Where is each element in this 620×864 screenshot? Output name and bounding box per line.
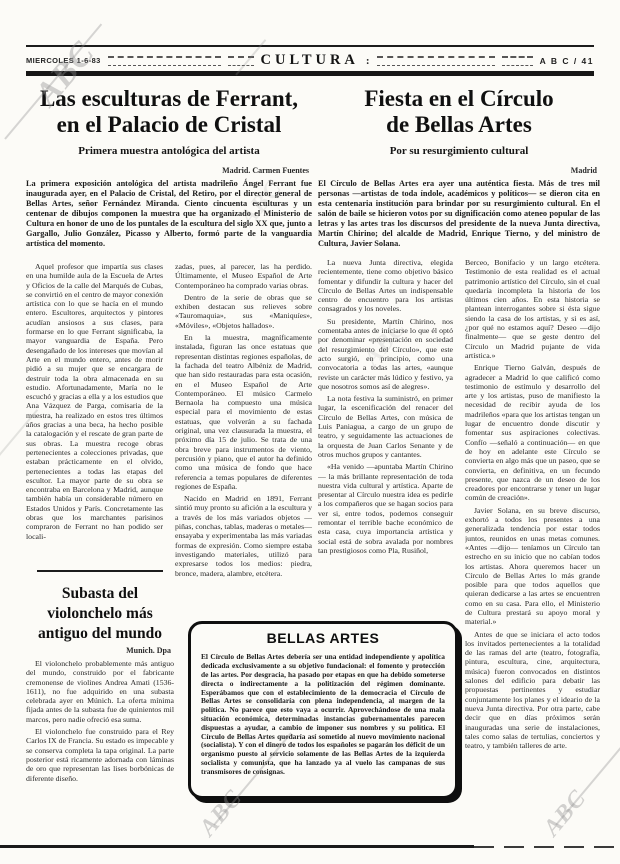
dashed-rule bbox=[502, 56, 533, 66]
page-number: A B C / 41 bbox=[540, 56, 594, 66]
ferrant-headline-line1: Las esculturas de Ferrant, bbox=[26, 86, 312, 112]
editorial-box-title: BELLAS ARTES bbox=[201, 630, 445, 646]
ferrant-column-1: Aquel profesor que impartía sus clases e… bbox=[26, 262, 163, 566]
article-divider-rule bbox=[37, 570, 163, 572]
paragraph: Dentro de la serie de obras que se exhib… bbox=[175, 293, 312, 330]
paragraph: Aquel profesor que impartía sus clases e… bbox=[26, 262, 163, 541]
ferrant-column-2: zadas, pues, al parecer, las ha perdido.… bbox=[175, 262, 312, 614]
masthead: MIERCOLES 1-6-83 CULTURA : A B C / 41 bbox=[26, 45, 594, 69]
dashed-rule bbox=[108, 56, 221, 66]
ferrant-headline: Las esculturas de Ferrant, en el Palacio… bbox=[26, 86, 312, 138]
article-ferrant-header: Las esculturas de Ferrant, en el Palacio… bbox=[26, 86, 312, 257]
paragraph: Nacido en Madrid en 1891, Ferrant sintió… bbox=[175, 494, 312, 578]
paragraph: Antes de que se iniciara el acto todos l… bbox=[465, 630, 600, 751]
fiesta-headline-line2: de Bellas Artes bbox=[318, 112, 600, 138]
fiesta-headline-line1: Fiesta en el Círculo bbox=[318, 86, 600, 112]
masthead-thick-rule bbox=[26, 71, 594, 76]
ferrant-columns: Aquel profesor que impartía sus clases e… bbox=[26, 262, 312, 614]
ferrant-subhead: Primera muestra antológica del artista bbox=[26, 145, 312, 157]
dashed-rule bbox=[228, 56, 254, 66]
fiesta-headline: Fiesta en el Círculo de Bellas Artes bbox=[318, 86, 600, 138]
paragraph: La nota festiva la suministró, en primer… bbox=[318, 394, 453, 459]
paragraph: En la muestra, magníficamente instalada,… bbox=[175, 333, 312, 491]
fiesta-dateline: Madrid bbox=[318, 166, 600, 175]
cello-headline: Subasta del violonchelo más antiguo del … bbox=[26, 584, 174, 644]
editorial-box-body: El Círculo de Bellas Artes debería ser u… bbox=[201, 653, 445, 776]
date-label: MIERCOLES 1-6-83 bbox=[26, 56, 101, 65]
newspaper-page: MIERCOLES 1-6-83 CULTURA : A B C / 41 La… bbox=[0, 0, 620, 864]
section-colon: : bbox=[366, 55, 370, 67]
paragraph: «Ha venido —apuntaba Martín Chirino— la … bbox=[318, 462, 453, 555]
paragraph: Berceo, Bonifacio y un largo etcétera. T… bbox=[465, 258, 600, 360]
section-title: CULTURA bbox=[261, 52, 359, 69]
dashed-rule bbox=[377, 56, 495, 66]
paragraph: zadas, pues, al parecer, las ha perdido.… bbox=[175, 262, 312, 290]
bottom-rule-dashed bbox=[474, 846, 620, 848]
article-fiesta-header: Fiesta en el Círculo de Bellas Artes Por… bbox=[318, 86, 600, 257]
ferrant-headline-line2: en el Palacio de Cristal bbox=[26, 112, 312, 138]
paragraph: Enrique Tierno Galván, después de agrade… bbox=[465, 363, 600, 502]
bottom-rule bbox=[0, 845, 474, 848]
ferrant-byline: Madrid. Carmen Fuentes bbox=[26, 166, 312, 175]
fiesta-subhead: Por su resurgimiento cultural bbox=[318, 145, 600, 157]
paragraph: La nueva Junta directiva, elegida recien… bbox=[318, 258, 453, 314]
ferrant-lead: La primera exposición antológica del art… bbox=[26, 179, 312, 249]
cello-byline: Munich. Dpa bbox=[26, 646, 174, 655]
fiesta-column-1: La nueva Junta directiva, elegida recien… bbox=[318, 258, 453, 614]
editorial-box: BELLAS ARTES El Círculo de Bellas Artes … bbox=[188, 621, 458, 799]
paragraph: Su presidente, Martín Chirino, nos comen… bbox=[318, 317, 453, 391]
fiesta-lead: El Círculo de Bellas Artes era ayer una … bbox=[318, 179, 600, 249]
paragraph: Javier Solana, en su breve discurso, exh… bbox=[465, 506, 600, 627]
paragraph: El violonchelo fue construido para el Re… bbox=[26, 727, 174, 783]
paragraph: El violonchelo probablemente más antiguo… bbox=[26, 659, 174, 724]
article-cello: Subasta del violonchelo más antiguo del … bbox=[26, 570, 174, 786]
fiesta-column-2: Berceo, Bonifacio y un largo etcétera. T… bbox=[465, 258, 600, 810]
